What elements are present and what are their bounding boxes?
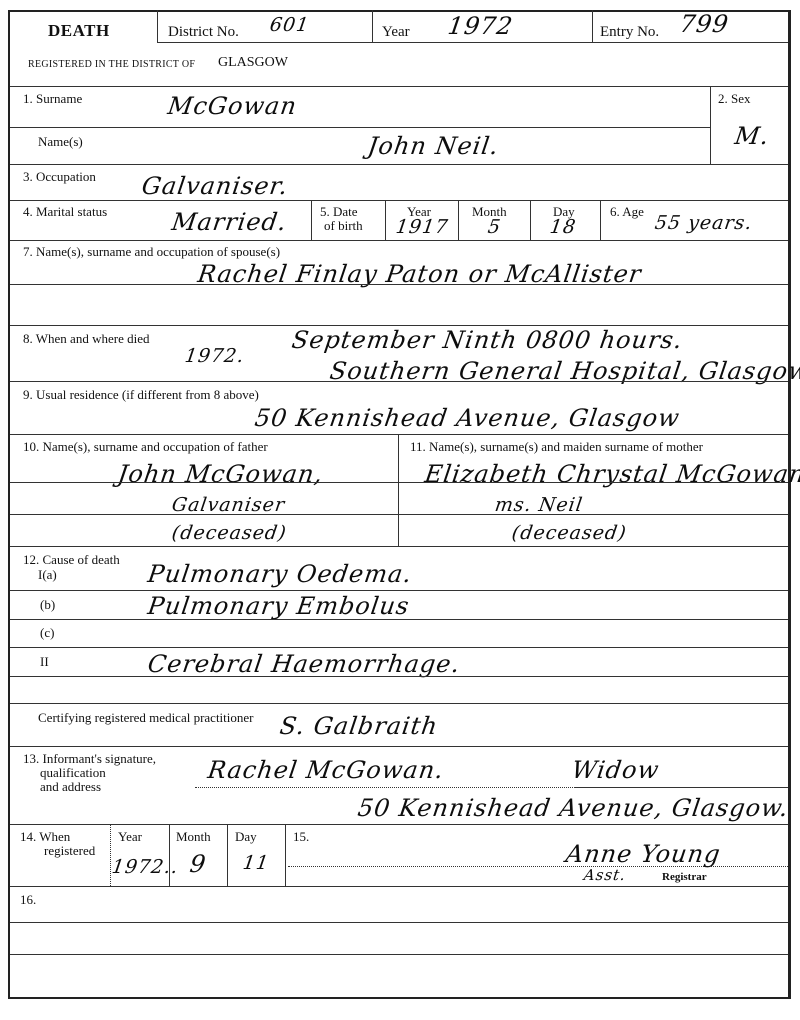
usual-residence-label: 9. Usual residence (if different from 8 … [23, 388, 259, 402]
death-date-time-value: September Ninth 0800 hours. [290, 326, 685, 354]
dob-day-value: 18 [548, 216, 577, 238]
death-year-value: 1972. [183, 345, 245, 367]
rule [157, 42, 788, 43]
father-line2: Galvaniser [170, 494, 286, 516]
registrar-title: Registrar [662, 870, 707, 884]
reg-day-label: Day [235, 830, 257, 844]
rule [10, 200, 788, 201]
entry-no-label: Entry No. [600, 25, 659, 39]
divider [227, 824, 228, 886]
father-line3: (deceased) [170, 522, 288, 544]
cause-b-label: (b) [40, 598, 55, 612]
certifying-practitioner-label: Certifying registered medical practition… [38, 711, 254, 725]
surname-value: McGowan [166, 92, 299, 120]
rule [10, 284, 788, 285]
rule [10, 482, 788, 483]
year-label: Year [382, 25, 410, 39]
cause-ia-label: I(a) [38, 568, 57, 582]
cause-b-value: Pulmonary Embolus [146, 592, 411, 620]
informant-label-line2: qualification [40, 766, 106, 780]
rule [10, 546, 788, 547]
reg-day-value: 11 [241, 852, 270, 874]
informant-label-line3: and address [40, 780, 101, 794]
informant-label-line1: 13. Informant's signature, [23, 752, 156, 766]
dob-label-line1: 5. Date [320, 205, 358, 219]
rule [10, 647, 788, 648]
mother-label: 11. Name(s), surname(s) and maiden surna… [410, 440, 703, 454]
informant-signature: Rachel McGowan. [206, 756, 446, 784]
names-value: John Neil. [366, 132, 501, 160]
rule [10, 922, 788, 923]
usual-residence-value: 50 Kennishead Avenue, Glasgow [253, 404, 682, 432]
mother-line1: Elizabeth Chrystal McGowan [423, 460, 800, 488]
entry-no-value: 799 [678, 10, 731, 38]
rule [10, 703, 788, 704]
district-no-label: District No. [168, 25, 239, 39]
informant-qualification: Widow [570, 756, 661, 784]
marital-status-value: Married. [170, 208, 289, 236]
age-value: 55 years. [653, 212, 753, 234]
father-label: 10. Name(s), surname and occupation of f… [23, 440, 268, 454]
cause-ii-value: Cerebral Haemorrhage. [146, 650, 462, 678]
divider [710, 86, 711, 164]
informant-address: 50 Kennishead Avenue, Glasgow. [356, 794, 791, 822]
district-no-value: 601 [268, 14, 310, 36]
divider [592, 10, 593, 42]
cause-of-death-label: 12. Cause of death [23, 553, 120, 567]
rule [10, 619, 788, 620]
divider [311, 200, 312, 240]
divider [398, 434, 399, 546]
reg-month-label: Month [176, 830, 211, 844]
registered-district: GLASGOW [218, 56, 288, 70]
rule [10, 164, 788, 165]
field16-label: 16. [20, 893, 36, 907]
occupation-label: 3. Occupation [23, 170, 96, 184]
when-registered-label-line2: registered [44, 844, 95, 858]
sex-value: M. [733, 122, 771, 150]
mother-line2: ms. Neil [493, 494, 584, 516]
occupation-value: Galvaniser. [140, 172, 290, 200]
rule [10, 86, 788, 87]
father-line1: John McGowan, [116, 460, 325, 488]
registrar-title-prefix: Asst. [583, 866, 628, 884]
divider [600, 200, 601, 240]
when-where-died-label: 8. When and where died [23, 332, 149, 346]
registrar-signature: Anne Young [564, 840, 722, 868]
rule [10, 746, 788, 747]
rule [10, 514, 788, 515]
registered-in-label: REGISTERED IN THE DISTRICT OF [28, 58, 195, 72]
rule [10, 824, 788, 825]
certifying-practitioner-value: S. Galbraith [278, 712, 440, 740]
divider [285, 824, 286, 886]
rule [10, 954, 788, 955]
rule [10, 381, 788, 382]
rule [10, 127, 710, 128]
year-value: 1972 [446, 12, 515, 40]
reg-year-label: Year [118, 830, 142, 844]
dob-label-line2: of birth [324, 219, 363, 233]
divider [530, 200, 531, 240]
marital-status-label: 4. Marital status [23, 205, 107, 219]
rule [10, 240, 788, 241]
cause-c-label: (c) [40, 626, 54, 640]
divider [157, 10, 158, 42]
mother-line3: (deceased) [510, 522, 628, 544]
divider [372, 10, 373, 42]
cause-ia-value: Pulmonary Oedema. [146, 560, 414, 588]
divider [458, 200, 459, 240]
divider [169, 824, 170, 886]
dob-year-value: 1917 [394, 216, 449, 238]
sex-label: 2. Sex [718, 92, 751, 106]
surname-label: 1. Surname [23, 92, 82, 106]
divider [385, 200, 386, 240]
when-registered-label-line1: 14. When [20, 830, 70, 844]
rule [10, 676, 788, 677]
age-label: 6. Age [610, 205, 644, 219]
registrar-label: 15. [293, 830, 309, 844]
rule [10, 886, 788, 887]
names-label: Name(s) [38, 135, 83, 149]
dotted-signature-line [195, 787, 575, 788]
rule [575, 787, 788, 788]
cause-ii-label: II [40, 655, 49, 669]
form-title: DEATH [48, 24, 110, 38]
rule [10, 590, 788, 591]
spouse-label: 7. Name(s), surname and occupation of sp… [23, 245, 280, 259]
rule [10, 434, 788, 435]
